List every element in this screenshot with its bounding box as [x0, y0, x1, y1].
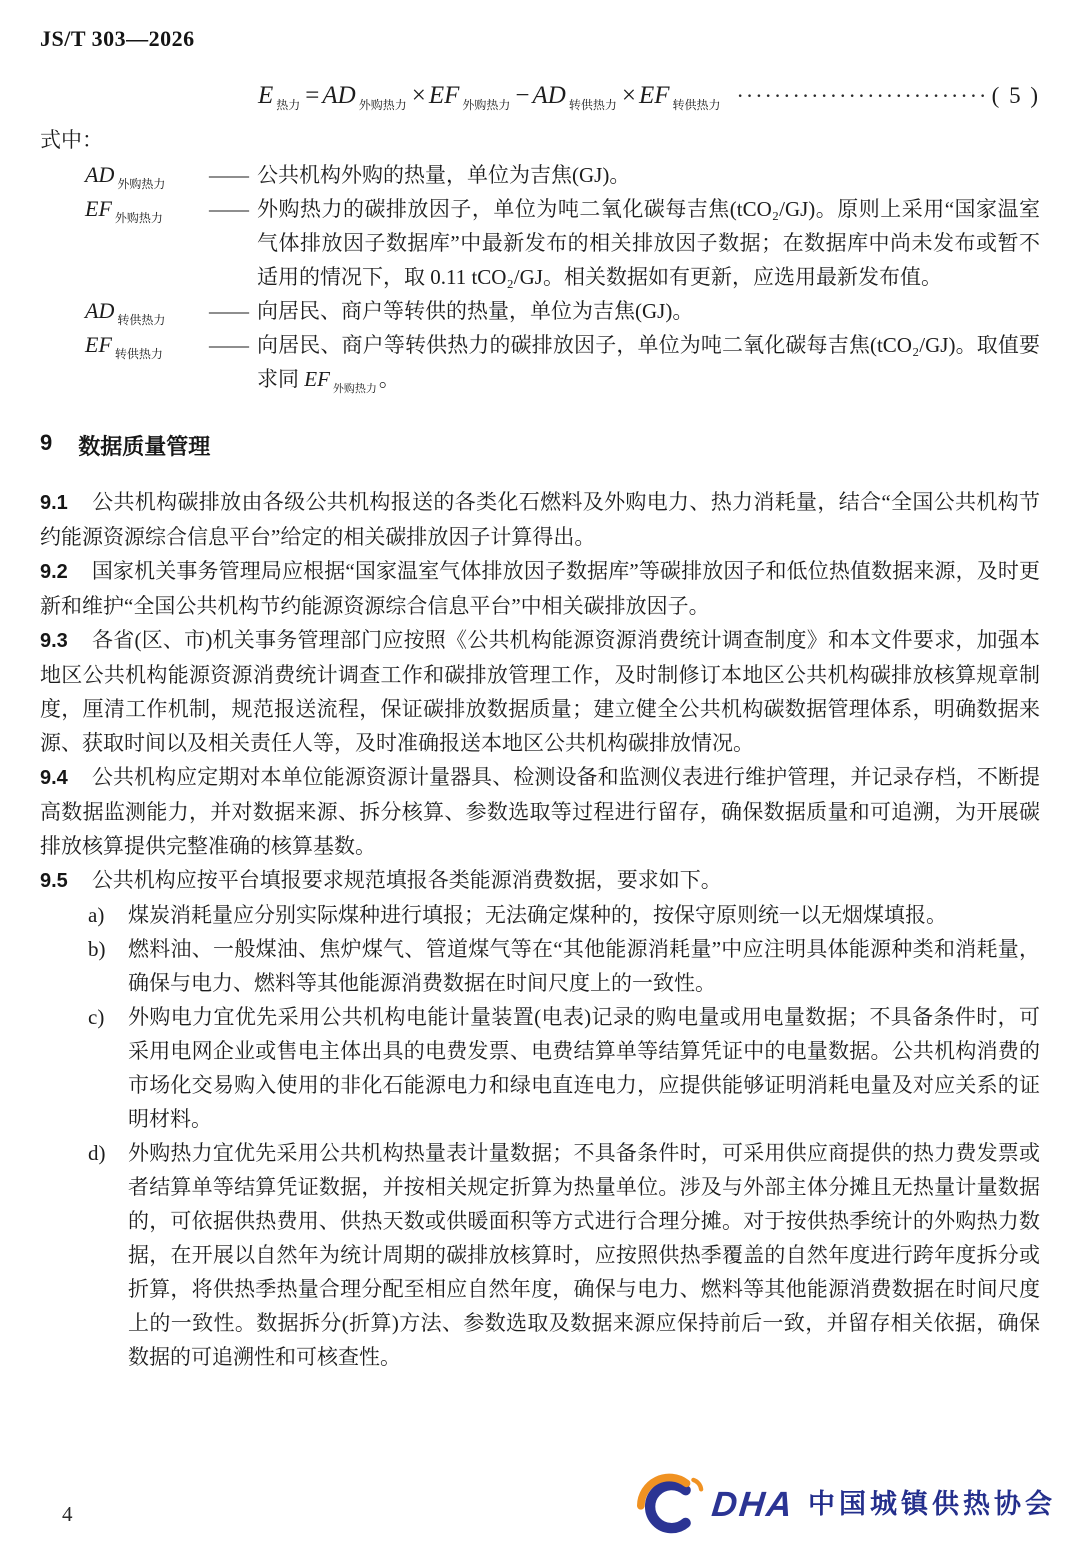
cdha-logo: DHA 中国城镇供热协会	[632, 1473, 1056, 1535]
list-item-text: 燃料油、一般煤油、焦炉煤气、管道煤气等在“其他能源消耗量”中应注明具体能源种类和…	[128, 932, 1040, 1000]
definition-text: 公共机构外购的热量，单位为吉焦(GJ)。	[257, 158, 1040, 192]
page-number: 4	[62, 1502, 73, 1527]
list-marker: a)	[88, 898, 128, 932]
formula-ad1-var: AD	[322, 82, 355, 110]
clause-text: 公共机构应定期对本单位能源资源计量器具、检测设备和监测仪表进行维护管理，并记录存…	[40, 765, 1040, 858]
definition-tail-end: 。	[379, 367, 400, 391]
formula-ad2-var: AD	[533, 82, 566, 110]
definition-var: EF	[85, 332, 112, 357]
definition-list: AD外购热力 —— 公共机构外购的热量，单位为吉焦(GJ)。 EF外购热力 ——…	[40, 158, 1040, 396]
list-item-a: a) 煤炭消耗量应分别实际煤种进行填报；无法确定煤种的，按保守原则统一以无烟煤填…	[40, 898, 1040, 932]
definition-row: EF外购热力 —— 外购热力的碳排放因子，单位为吨二氧化碳每吉焦(tCO₂/GJ…	[40, 192, 1040, 294]
cdha-logo-mark	[632, 1473, 710, 1535]
definition-row: AD外购热力 —— 公共机构外购的热量，单位为吉焦(GJ)。	[40, 158, 1040, 192]
formula-ef2-var: EF	[639, 82, 670, 110]
where-label: 式中：	[40, 124, 1040, 154]
logo-acronym: DHA	[710, 1487, 796, 1522]
clause-9-5: 9.5公共机构应按平台填报要求规范填报各类能源消费数据，要求如下。	[40, 863, 1040, 898]
clause-text: 国家机关事务管理局应根据“国家温室气体排放因子数据库”等碳排放因子和低位热值数据…	[40, 559, 1040, 618]
clause-number: 9.4	[40, 767, 68, 789]
definition-row: EF转供热力 —— 向居民、商户等转供热力的碳排放因子，单位为吨二氧化碳每吉焦(…	[40, 328, 1040, 396]
definition-dash: ——	[209, 192, 247, 294]
list-item-c: c) 外购电力宜优先采用公共机构电能计量装置(电表)记录的购电量或用电量数据；不…	[40, 1000, 1040, 1136]
equals-operator: =	[305, 82, 319, 110]
definition-var: AD	[85, 162, 114, 187]
formula-ef1-var: EF	[429, 82, 460, 110]
clause-number: 9.3	[40, 630, 68, 652]
definition-term: AD外购热力	[85, 158, 209, 192]
clause-text: 公共机构碳排放由各级公共机构报送的各类化石燃料及外购电力、热力消耗量，结合“全国…	[40, 490, 1040, 549]
section-heading: 9 数据质量管理	[40, 430, 1040, 461]
definition-term: AD转供热力	[85, 294, 209, 328]
clause-9-1: 9.1公共机构碳排放由各级公共机构报送的各类化石燃料及外购电力、热力消耗量，结合…	[40, 485, 1040, 554]
multiply-operator: ×	[412, 82, 426, 110]
clause-9-2: 9.2国家机关事务管理局应根据“国家温室气体排放因子数据库”等碳排放因子和低位热…	[40, 554, 1040, 623]
clause-number: 9.1	[40, 492, 68, 514]
definition-var: AD	[85, 298, 114, 323]
clause-number: 9.5	[40, 870, 68, 892]
definition-dash: ——	[209, 328, 247, 396]
clause-list: 9.1公共机构碳排放由各级公共机构报送的各类化石燃料及外购电力、热力消耗量，结合…	[40, 485, 1040, 898]
minus-operator: −	[515, 82, 529, 110]
page-content: JS/T 303—2026 E热力=AD外购热力×EF外购热力−AD转供热力×E…	[0, 0, 1080, 1374]
lettered-list: a) 煤炭消耗量应分别实际煤种进行填报；无法确定煤种的，按保守原则统一以无烟煤填…	[40, 898, 1040, 1374]
dot-leader: ·····································	[737, 83, 988, 109]
formula-lhs-var: E	[258, 82, 273, 110]
definition-tail-var: EF	[304, 367, 330, 391]
definition-term: EF外购热力	[85, 192, 209, 294]
standard-number: JS/T 303—2026	[40, 26, 1040, 52]
definition-text: 向居民、商户等转供的热量，单位为吉焦(GJ)。	[257, 294, 1040, 328]
equation-number: ( 5 )	[992, 83, 1040, 109]
list-item-text: 煤炭消耗量应分别实际煤种进行填报；无法确定煤种的，按保守原则统一以无烟煤填报。	[128, 898, 1040, 932]
definition-sub: 转供热力	[115, 347, 163, 361]
formula-5: E热力=AD外购热力×EF外购热力−AD转供热力×EF转供热力 ········…	[40, 82, 1040, 110]
definition-sub: 外购热力	[117, 177, 165, 191]
list-marker: d)	[88, 1136, 128, 1374]
clause-text: 公共机构应按平台填报要求规范填报各类能源消费数据，要求如下。	[92, 868, 722, 892]
clause-text: 各省(区、市)机关事务管理部门应按照《公共机构能源资源消费统计调查制度》和本文件…	[40, 628, 1040, 755]
definition-tail-sub: 外购热力	[333, 383, 377, 395]
definition-dash: ——	[209, 158, 247, 192]
definition-text: 向居民、商户等转供热力的碳排放因子，单位为吨二氧化碳每吉焦(tCO₂/GJ)。取…	[257, 328, 1040, 396]
list-item-d: d) 外购热力宜优先采用公共机构热量表计量数据；不具备条件时，可采用供应商提供的…	[40, 1136, 1040, 1374]
section-title: 数据质量管理	[78, 430, 210, 461]
document-page: JS/T 303—2026 E热力=AD外购热力×EF外购热力−AD转供热力×E…	[0, 0, 1080, 1553]
list-item-b: b) 燃料油、一般煤油、焦炉煤气、管道煤气等在“其他能源消耗量”中应注明具体能源…	[40, 932, 1040, 1000]
definition-sub: 转供热力	[117, 313, 165, 327]
list-marker: b)	[88, 932, 128, 1000]
list-item-text: 外购电力宜优先采用公共机构电能计量装置(电表)记录的购电量或用电量数据；不具备条…	[128, 1000, 1040, 1136]
logo-blue-crescent	[650, 1485, 686, 1528]
definition-text: 外购热力的碳排放因子，单位为吨二氧化碳每吉焦(tCO₂/GJ)。原则上采用“国家…	[257, 192, 1040, 294]
list-marker: c)	[88, 1000, 128, 1136]
definition-var: EF	[85, 196, 112, 221]
logo-org-name: 中国城镇供热协会	[808, 1491, 1056, 1518]
list-item-text: 外购热力宜优先采用公共机构热量表计量数据；不具备条件时，可采用供应商提供的热力费…	[128, 1136, 1040, 1374]
multiply-operator: ×	[622, 82, 636, 110]
logo-orange-accent	[694, 1480, 702, 1489]
definition-row: AD转供热力 —— 向居民、商户等转供的热量，单位为吉焦(GJ)。	[40, 294, 1040, 328]
definition-sub: 外购热力	[115, 211, 163, 225]
clause-9-4: 9.4公共机构应定期对本单位能源资源计量器具、检测设备和监测仪表进行维护管理，并…	[40, 760, 1040, 863]
section-number: 9	[40, 430, 52, 461]
definition-dash: ——	[209, 294, 247, 328]
definition-term: EF转供热力	[85, 328, 209, 396]
clause-9-3: 9.3各省(区、市)机关事务管理部门应按照《公共机构能源资源消费统计调查制度》和…	[40, 623, 1040, 760]
clause-number: 9.2	[40, 561, 68, 583]
